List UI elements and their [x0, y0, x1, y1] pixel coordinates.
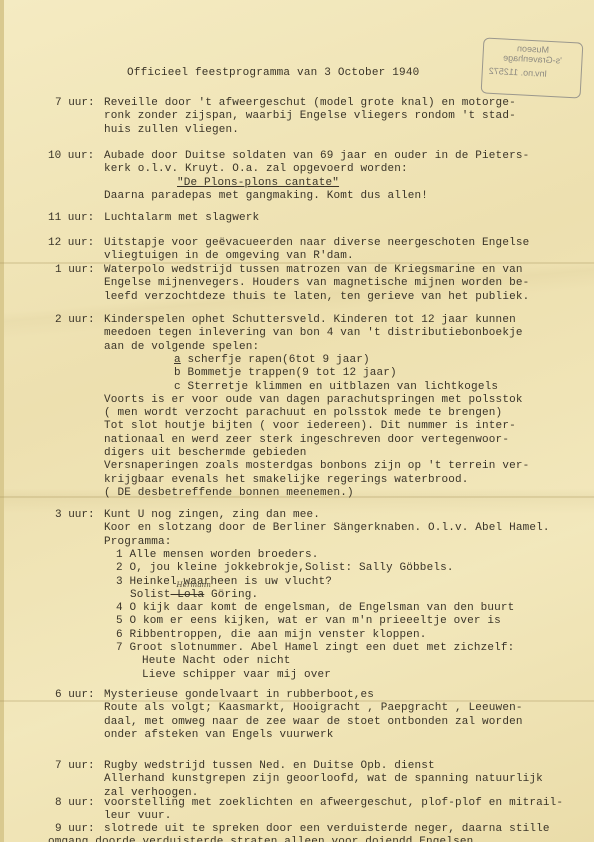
entry-line: Kunt U nog zingen, zing dan mee.	[104, 509, 320, 521]
time-label: 1 uur:	[55, 264, 95, 276]
entry-line: Engelse mijnenvegers. Houders van magnet…	[104, 277, 529, 289]
paper-edge	[0, 0, 4, 842]
program-item: 7 Groot slotnummer. Abel Hamel zingt een…	[116, 642, 514, 654]
entry-line: voorstelling met zoeklichten en afweerge…	[104, 797, 563, 809]
program-item: Lieve schipper vaar mij over	[142, 669, 331, 681]
time-label: 10 uur:	[48, 150, 94, 162]
entry-line: digers uit beschermde gebieden	[104, 447, 307, 459]
entry-line: Versnaperingen zoals mosterdgas bonbons …	[104, 460, 529, 472]
program-number: 5	[116, 615, 130, 627]
entry-line: Voorts is er voor oude van dagen parachu…	[104, 394, 523, 406]
cantata-title: "De Plons-plons cantate"	[177, 177, 339, 189]
game-letter: c	[174, 381, 181, 393]
entry-line: Daarna paradepas met gangmaking. Komt du…	[104, 190, 428, 202]
program-text: O, jou kleine jokkebrokje,Solist: Sally …	[130, 562, 454, 574]
game-text: Bommetje trappen(9 tot 12 jaar)	[181, 367, 397, 379]
program-text: Groot slotnummer. Abel Hamel zingt een d…	[130, 642, 515, 654]
program-item: 4 O kijk daar komt de engelsman, de Enge…	[116, 602, 514, 614]
entry-line: Reveille door 't afweergeschut (model gr…	[104, 97, 516, 109]
document-title: Officieel feestprogramma van 3 October 1…	[127, 67, 419, 79]
program-number: 6	[116, 629, 130, 641]
entry-line: onder afsteken van Engels vuurwerk	[104, 729, 334, 741]
entry-line: Waterpolo wedstrijd tussen matrozen van …	[104, 264, 523, 276]
program-text: Lieve schipper vaar mij over	[142, 669, 331, 681]
entry-line: Aubade door Duitse soldaten van 69 jaar …	[104, 150, 529, 162]
entry-line: Luchtalarm met slagwerk	[104, 212, 259, 224]
program-item: 3 Heinkel waarheen is uw vlucht?	[116, 576, 332, 588]
time-label: 2 uur:	[55, 314, 95, 326]
time-label: 7 uur:	[55, 97, 95, 109]
program-item: 5 O kom er eens kijken, wat er van m'n p…	[116, 615, 501, 627]
program-number: 3	[116, 576, 130, 588]
entry-line: krijgbaar evenals het smakelijke regerin…	[104, 474, 469, 486]
entry-line: Route als volgt; Kaasmarkt, Hooigracht ,…	[104, 702, 523, 714]
program-number: 2	[116, 562, 130, 574]
game-item: c Sterretje klimmen en uitblazen van lic…	[174, 381, 498, 393]
entry-line: Kinderspelen ophet Schuttersveld. Kinder…	[104, 314, 516, 326]
time-label: 8 uur:	[55, 797, 95, 809]
entry-line: leefd verzochtdeze thuis te laten, ten g…	[104, 291, 529, 303]
entry-line: ronk zonder zijspan, waarbij Engelse vli…	[104, 110, 516, 122]
entry-line: Koor en slotzang door de Berliner Sänger…	[104, 522, 550, 534]
program-text: Heute Nacht oder nicht	[142, 655, 291, 667]
entry-line: daal, met omweg naar de zee waar de stoe…	[104, 716, 523, 728]
program-text-rest: Göring.	[204, 589, 258, 601]
entry-line: meedoen tegen inlevering van bon 4 van '…	[104, 327, 523, 339]
game-letter: b	[174, 367, 181, 379]
program-item: 1 Alle mensen worden broeders.	[116, 549, 319, 561]
program-text: Heinkel waarheen is uw vlucht?	[130, 576, 333, 588]
entry-line: Rugby wedstrijd tussen Ned. en Duitse Op…	[104, 760, 435, 772]
time-label: 7 uur:	[55, 760, 95, 772]
game-item: b Bommetje trappen(9 tot 12 jaar)	[174, 367, 397, 379]
entry-line-cutoff: omgang doorde verduisterde straten allee…	[48, 836, 473, 842]
entry-line: huis zullen vliegen.	[104, 124, 239, 136]
entry-line: leur vuur.	[104, 810, 172, 822]
game-item: a scherfje rapen(6tot 9 jaar)	[174, 354, 370, 366]
program-text: Ribbentroppen, die aan mijn venster klop…	[130, 629, 427, 641]
game-text: Sterretje klimmen en uitblazen van licht…	[181, 381, 498, 393]
program-number: 1	[116, 549, 130, 561]
time-label: 12 uur:	[48, 237, 94, 249]
handwritten-correction: Hermann	[177, 581, 211, 589]
entry-line: aan de volgende spelen:	[104, 341, 259, 353]
entry-line: Allerhand kunstgrepen zijn geoorloofd, w…	[104, 773, 543, 785]
program-number: 4	[116, 602, 130, 614]
stamp-inv: Inv.no. 112572	[489, 66, 575, 80]
time-label: 11 uur:	[48, 212, 94, 224]
program-number: 7	[116, 642, 130, 654]
game-text: scherfje rapen(6tot 9 jaar)	[181, 354, 370, 366]
program-item: 6 Ribbentroppen, die aan mijn venster kl…	[116, 629, 427, 641]
program-text: Alle mensen worden broeders.	[130, 549, 319, 561]
entry-line: Mysterieuse gondelvaart in rubberboot,es	[104, 689, 374, 701]
time-label: 9 uur:	[55, 823, 95, 835]
time-label: 6 uur:	[55, 689, 95, 701]
museum-stamp: Museon 's-Gravenhage Inv.no. 112572	[481, 37, 584, 98]
program-text: Solist	[130, 589, 171, 601]
program-text: O kijk daar komt de engelsman, de Engels…	[130, 602, 515, 614]
entry-line: Programma:	[104, 536, 172, 548]
entry-line: ( DE desbetreffende bonnen meenemen.)	[104, 487, 354, 499]
entry-line: kerk o.l.v. Kruyt. O.a. zal opgevoerd wo…	[104, 163, 408, 175]
entry-line: Uitstapje voor geëvacueerden naar divers…	[104, 237, 529, 249]
time-label: 3 uur:	[55, 509, 95, 521]
entry-line: vliegtuigen in de omgeving van R'dam.	[104, 250, 354, 262]
program-item: 2 O, jou kleine jokkebrokje,Solist: Sall…	[116, 562, 454, 574]
game-letter: a	[174, 354, 181, 366]
entry-line: ( men wordt verzocht parachuut en polsst…	[104, 407, 502, 419]
program-item: Heute Nacht oder nicht	[142, 655, 291, 667]
program-text: O kom er eens kijken, wat er van m'n pri…	[130, 615, 501, 627]
entry-line: Tot slot houtje bijten ( voor iedereen).…	[104, 420, 516, 432]
entry-line: slotrede uit te spreken door een verduis…	[104, 823, 550, 835]
program-item: Solist LolaHermann Göring.	[130, 589, 258, 601]
entry-line: nationaal en werd zeer sterk ingeschreve…	[104, 434, 509, 446]
struck-name: LolaHermann	[171, 589, 205, 601]
